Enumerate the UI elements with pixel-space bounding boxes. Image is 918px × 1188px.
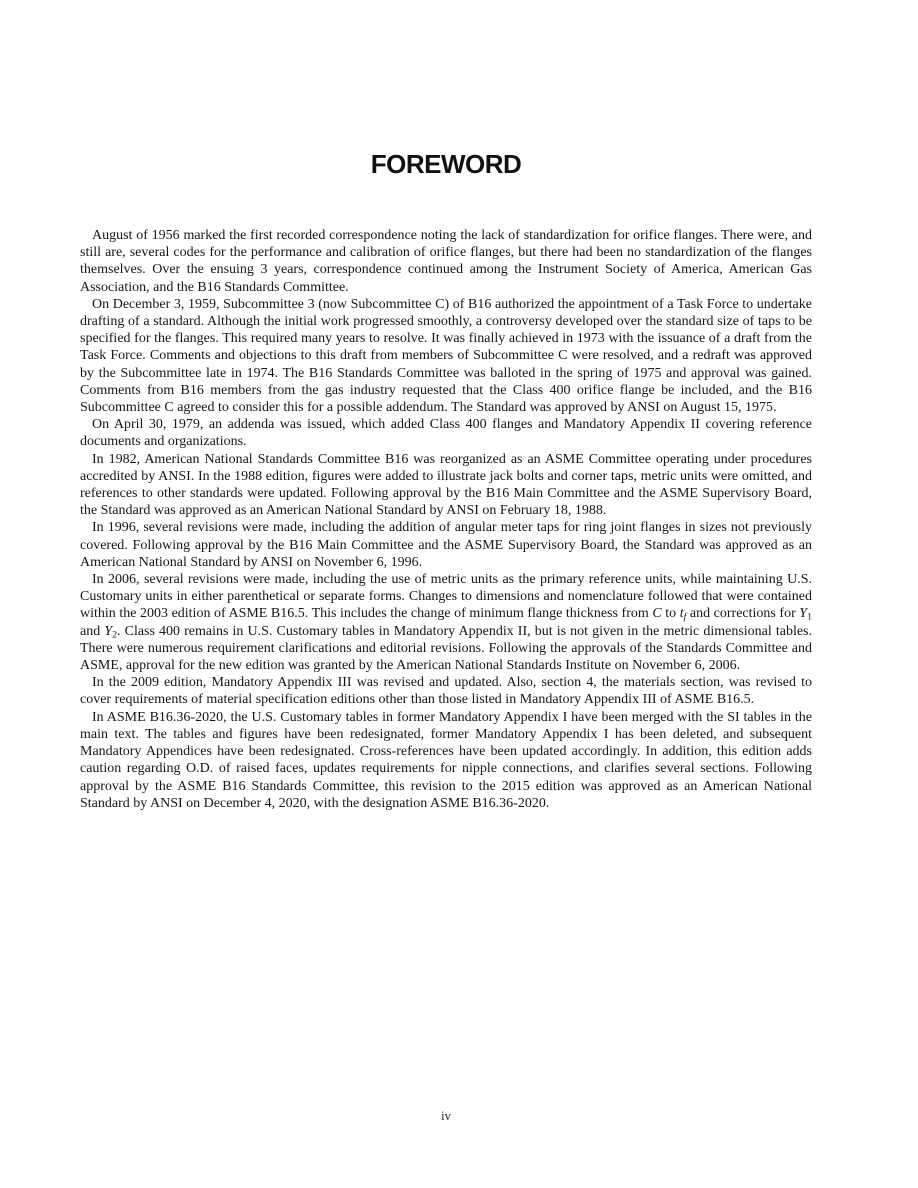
paragraph: In the 2009 edition, Mandatory Appendix … — [80, 674, 812, 708]
paragraph: On April 30, 1979, an addenda was issued… — [80, 416, 812, 450]
paragraph: In 1982, American National Standards Com… — [80, 451, 812, 520]
paragraph: In 2006, several revisions were made, in… — [80, 571, 812, 674]
document-page: FOREWORD August of 1956 marked the first… — [0, 0, 918, 1188]
page-title: FOREWORD — [80, 149, 812, 179]
foreword-paragraphs: August of 1956 marked the first recorded… — [80, 227, 812, 812]
paragraph: August of 1956 marked the first recorded… — [80, 227, 812, 296]
paragraph: In ASME B16.36-2020, the U.S. Customary … — [80, 709, 812, 812]
paragraph: In 1996, several revisions were made, in… — [80, 519, 812, 571]
page-number: iv — [80, 1108, 812, 1124]
paragraph: On December 3, 1959, Subcommittee 3 (now… — [80, 296, 812, 416]
